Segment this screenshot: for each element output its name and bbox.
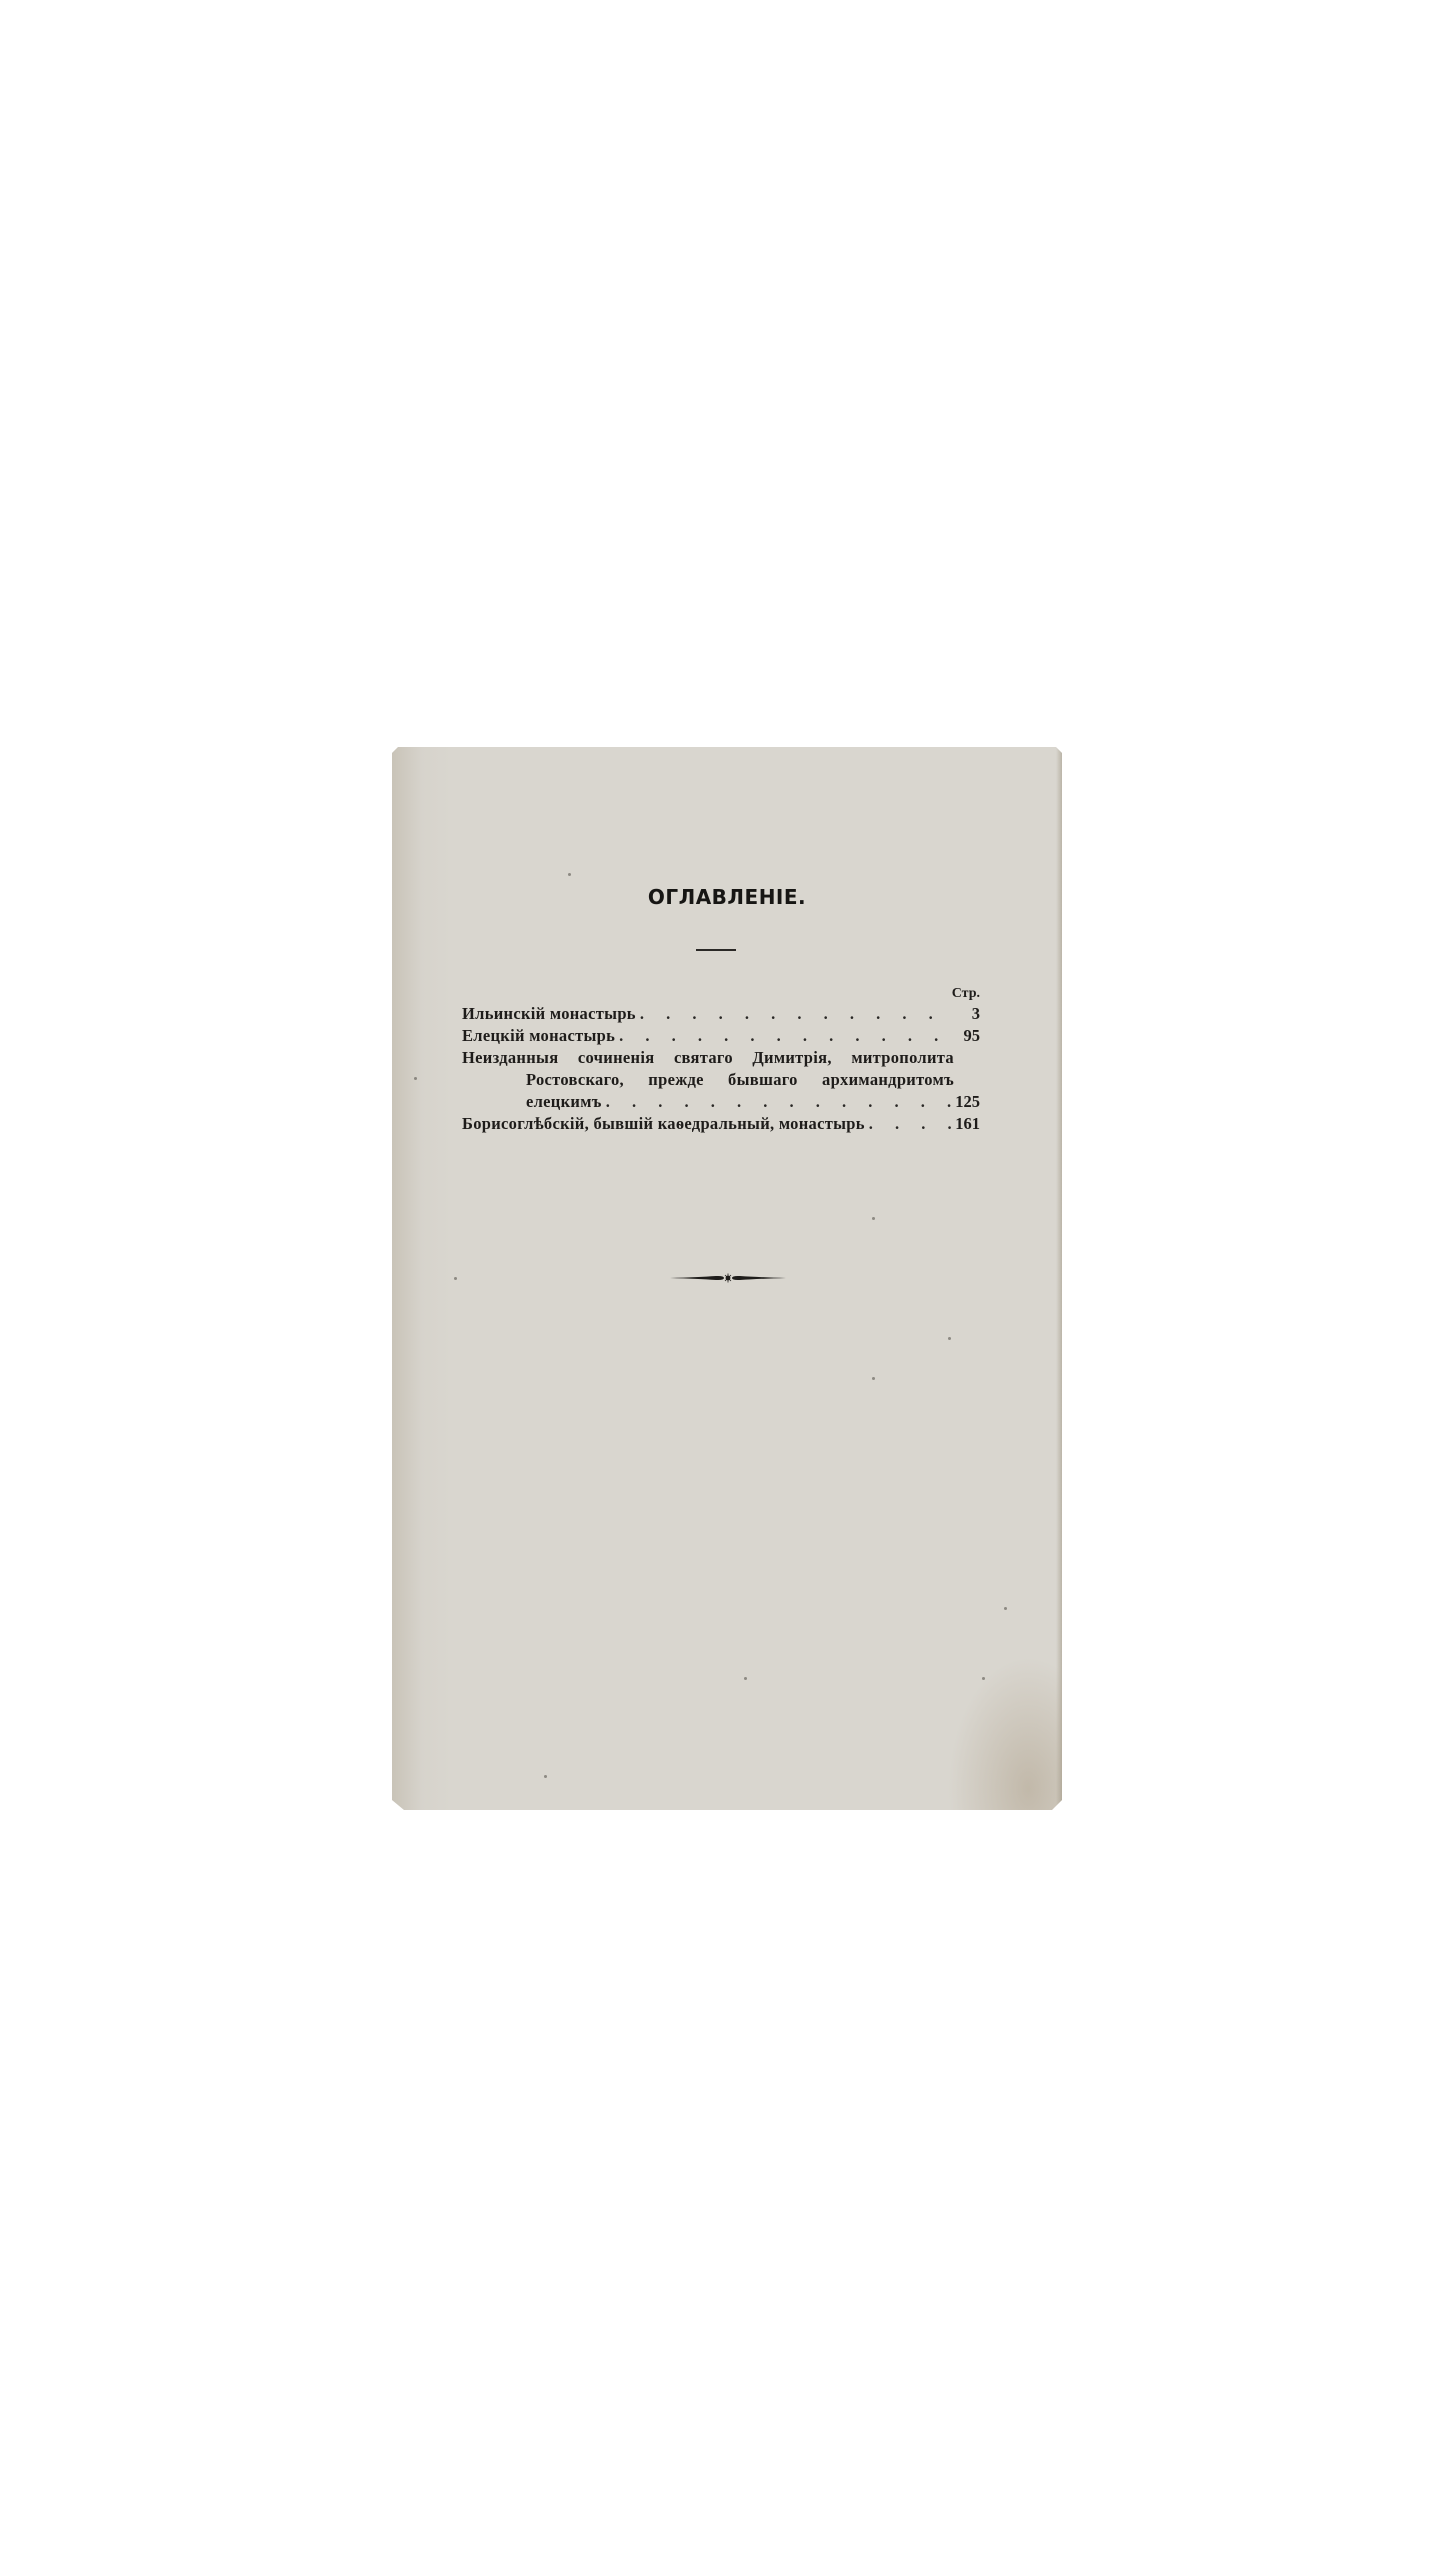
dot-leader: . . . . . . . . . . . . . . . [869,1113,951,1135]
word: бывшаго [728,1069,798,1091]
word: святаго [674,1047,733,1069]
word: Ростовскаго, [526,1069,624,1091]
dot-leader: . . . . . . . . . . . . . . . . . . . . … [606,1091,952,1113]
page-title: ОГЛАВЛЕНІЕ. [392,885,1062,909]
word: Димитрія, [752,1047,831,1069]
paper-speck [982,1677,985,1680]
toc-entry-title: Елецкій монастырь [462,1025,615,1047]
toc-entry-title-continued: Ростовскаго, прежде бывшаго архимандрито… [526,1069,954,1091]
paper-speck [872,1217,875,1220]
toc-entry-title-continued: елецкимъ [526,1091,602,1113]
title-rule [696,949,736,951]
toc-entry-line: Неизданныя сочиненія святаго Димитрія, м… [462,1047,980,1069]
toc-entry-page: 3 [956,1003,980,1025]
toc-entry-title: Неизданныя сочиненія святаго Димитрія, м… [462,1047,954,1069]
paper-speck [872,1377,875,1380]
toc-entry: елецкимъ . . . . . . . . . . . . . . . .… [462,1091,980,1113]
table-of-contents: Стр. Ильинскій монастырь . . . . . . . .… [462,985,980,1135]
word: Неизданныя [462,1047,558,1069]
paper-speck [1004,1607,1007,1610]
word: архимандритомъ [822,1069,954,1091]
pages-column-label: Стр. [462,985,980,1003]
toc-entry-title: Борисоглѣбскій, бывшій каѳедральный, мон… [462,1113,865,1135]
toc-entry: Елецкій монастырь . . . . . . . . . . . … [462,1025,980,1047]
toc-entry-page: 161 [955,1113,980,1135]
paper-speck [544,1775,547,1778]
toc-entry-title: Ильинскій монастырь [462,1003,636,1025]
book-page: ОГЛАВЛЕНІЕ. Стр. Ильинскій монастырь . .… [392,747,1062,1810]
paper-speck [414,1077,417,1080]
toc-entry: Борисоглѣбскій, бывшій каѳедральный, мон… [462,1113,980,1135]
paper-speck [454,1277,457,1280]
decorative-flourish-icon [668,1272,788,1284]
toc-entry: Ильинскій монастырь . . . . . . . . . . … [462,1003,980,1025]
word: митрополита [851,1047,954,1069]
word: прежде [648,1069,703,1091]
paper-speck [568,873,571,876]
dot-leader: . . . . . . . . . . . . . . . . . . . . … [619,1025,952,1047]
paper-speck [744,1677,747,1680]
toc-entry-page: 125 [955,1091,980,1113]
toc-entry-page: 95 [956,1025,980,1047]
toc-entry-line: Ростовскаго, прежде бывшаго архимандрито… [462,1069,980,1091]
dot-leader: . . . . . . . . . . . . . . . . . . . . … [640,1003,952,1025]
paper-speck [948,1337,951,1340]
word: сочиненія [578,1047,655,1069]
